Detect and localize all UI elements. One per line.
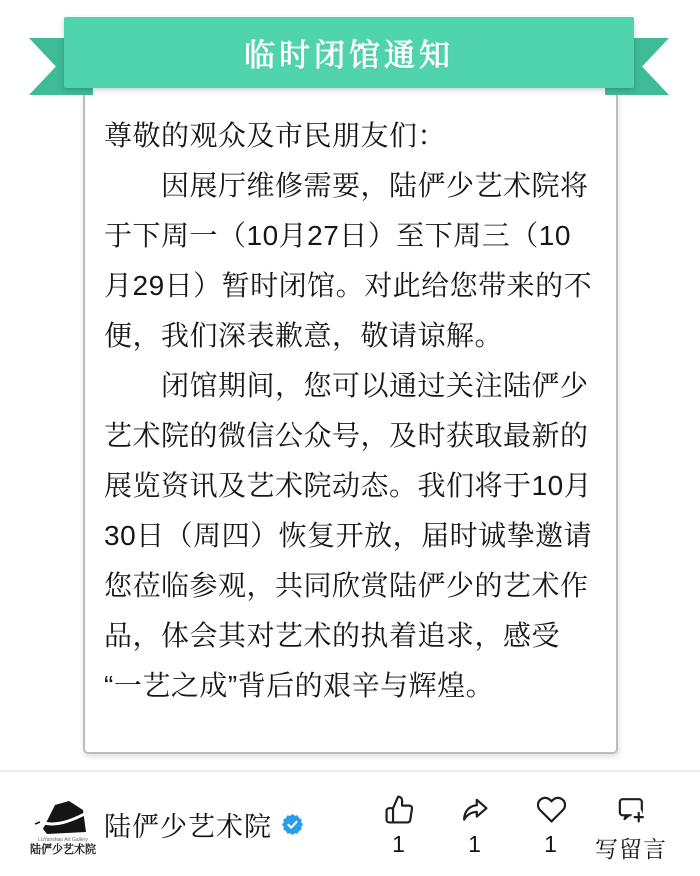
notice-body: 尊敬的观众及市民朋友们： 因展厅维修需要，陆俨少艺术院将 于下周一（10月27日… bbox=[104, 111, 604, 711]
notice-line: 于下周一（10月27日）至下周三（10 bbox=[104, 211, 604, 261]
banner-title: 临时闭馆通知 bbox=[244, 30, 454, 75]
comment-plus-icon bbox=[616, 794, 647, 825]
like-count: 1 bbox=[392, 831, 406, 858]
favorite-button[interactable]: 1 bbox=[519, 794, 583, 864]
like-button[interactable]: 1 bbox=[367, 794, 431, 864]
gallery-logo-icon bbox=[33, 797, 93, 837]
account-name: 陆俨少艺术院 bbox=[104, 805, 272, 844]
notice-line: 展览资讯及艺术院动态。我们将于10月 bbox=[104, 461, 604, 511]
share-arrow-icon bbox=[460, 794, 491, 825]
notice-line: 闭馆期间，您可以通过关注陆俨少 bbox=[104, 361, 604, 411]
footer-divider bbox=[0, 770, 700, 772]
notice-banner: 临时闭馆通知 bbox=[64, 17, 634, 88]
comment-label: 写留言 bbox=[595, 831, 667, 864]
notice-line: “一艺之成”背后的艰辛与辉煌。 bbox=[104, 661, 604, 711]
logo-calligraphy: 陆俨少艺术院 bbox=[30, 843, 96, 858]
notice-line: 品，体会其对艺术的执着追求，感受 bbox=[104, 611, 604, 661]
heart-icon bbox=[536, 794, 567, 825]
thumbs-up-icon bbox=[384, 794, 415, 825]
notice-line: 便，我们深表歉意，敬请谅解。 bbox=[104, 311, 604, 361]
account-link[interactable]: 陆俨少艺术院 bbox=[104, 806, 304, 842]
notice-line: 尊敬的观众及市民朋友们： bbox=[104, 111, 604, 161]
comment-button[interactable]: 写留言 bbox=[595, 794, 667, 864]
verified-badge-icon bbox=[281, 813, 304, 836]
share-button[interactable]: 1 bbox=[443, 794, 507, 864]
notice-line: 30日（周四）恢复开放，届时诚挚邀请 bbox=[104, 511, 604, 561]
favorite-count: 1 bbox=[544, 831, 558, 858]
article-actions: 1 1 1 写留言 bbox=[367, 794, 667, 864]
notice-line: 艺术院的微信公众号，及时获取最新的 bbox=[104, 411, 604, 461]
notice-line: 月29日）暂时闭馆。对此给您带来的不 bbox=[104, 261, 604, 311]
notice-line: 您莅临参观，共同欣赏陆俨少的艺术作 bbox=[104, 561, 604, 611]
notice-line: 因展厅维修需要，陆俨少艺术院将 bbox=[104, 161, 604, 211]
share-count: 1 bbox=[468, 831, 482, 858]
account-logo[interactable]: LuYanshao Art Gallery 陆俨少艺术院 bbox=[29, 797, 97, 867]
notice-card: 尊敬的观众及市民朋友们： 因展厅维修需要，陆俨少艺术院将 于下周一（10月27日… bbox=[83, 54, 618, 754]
